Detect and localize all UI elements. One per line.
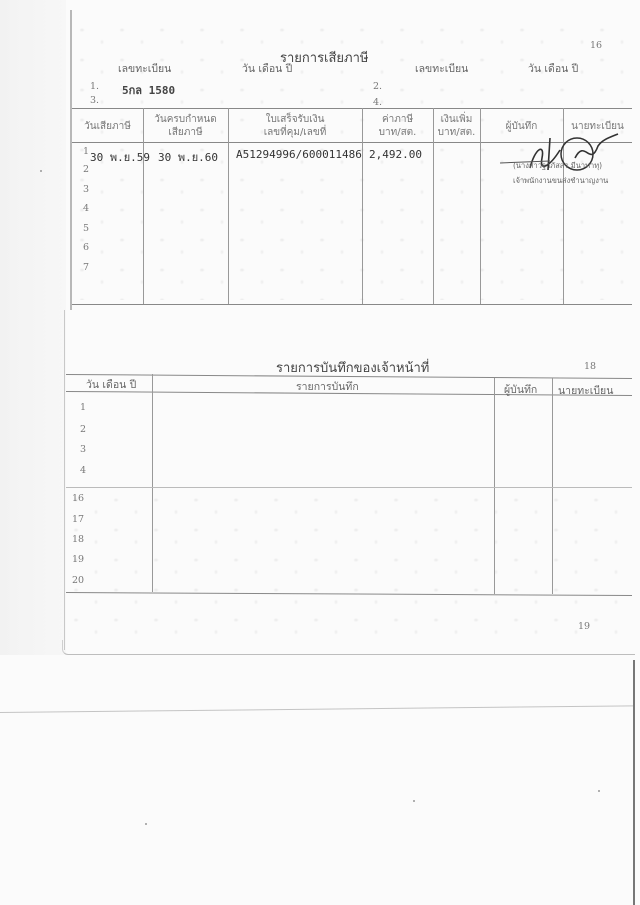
row-number: 4 <box>83 203 89 214</box>
table-border <box>72 304 632 305</box>
column-divider <box>480 108 481 304</box>
column-header: รายการบันทึก <box>296 378 359 395</box>
row-number: 4 <box>80 465 86 476</box>
row-number: 3 <box>80 444 86 455</box>
column-divider <box>152 374 153 592</box>
page-number: 16 <box>590 40 602 51</box>
plate-index: 4. <box>373 97 382 108</box>
date-header: วัน เดือน ปี <box>242 60 292 77</box>
sheet-edge <box>62 640 635 655</box>
fold-seam <box>66 487 632 488</box>
column-header: วันเสียภาษี <box>72 120 143 133</box>
receipt-number: A51294996/600011486 <box>236 148 362 161</box>
row-number: 16 <box>72 493 84 504</box>
row-number: 7 <box>83 262 89 273</box>
row-number: 1 <box>80 402 86 413</box>
registration-header: เลขทะเบียน <box>118 60 171 77</box>
column-divider <box>494 378 495 594</box>
column-header: ใบเสร็จรับเงิน เลขที่คุม/เลขที่ <box>228 113 362 139</box>
stamp-position: เจ้าพนักงานขนส่งชำนาญงาน <box>513 175 608 187</box>
column-divider <box>552 378 553 594</box>
registration-header: เลขทะเบียน <box>415 60 468 77</box>
row-number: 3 <box>83 184 89 195</box>
plate-index: 2. <box>373 81 382 92</box>
stamp-name: (นางสาวฐาภัสสร มีนาทาทุ) <box>513 160 602 172</box>
page-number: 19 <box>578 621 590 632</box>
due-date: 30 พ.ย.60 <box>158 148 218 166</box>
paid-date: 30 พ.ย.59 <box>90 148 150 166</box>
scan-shadow <box>0 0 66 655</box>
column-header: เงินเพิ่ม บาท/สต. <box>433 113 480 139</box>
scan-fold-line <box>0 705 634 713</box>
row-number: 19 <box>72 554 84 565</box>
column-header: ค่าภาษี บาท/สต. <box>362 113 433 139</box>
page-edge <box>64 310 65 650</box>
security-watermark <box>66 490 632 640</box>
row-number: 5 <box>83 223 89 234</box>
column-header: นายทะเบียน <box>558 382 613 399</box>
row-number: 20 <box>72 575 84 586</box>
plate-index: 1. <box>90 81 99 92</box>
row-number: 2 <box>80 424 86 435</box>
date-header: วัน เดือน ปี <box>528 60 578 77</box>
row-number: 6 <box>83 242 89 253</box>
row-number: 17 <box>72 514 84 525</box>
column-header: วัน เดือน ปี <box>86 376 136 393</box>
tax-amount: 2,492.00 <box>369 148 422 161</box>
table-border <box>72 108 632 109</box>
section-title: รายการเสียภาษี <box>280 47 369 68</box>
plate-registration: 5กล 1580 <box>122 81 175 99</box>
column-header: วันครบกำหนด เสียภาษี <box>143 113 228 139</box>
scan-edge <box>633 660 635 905</box>
row-number: 1 <box>83 146 89 157</box>
column-header: ผู้บันทึก <box>504 381 537 398</box>
plate-index: 3. <box>90 95 99 106</box>
row-number: 2 <box>83 164 89 175</box>
row-number: 18 <box>72 534 84 545</box>
page-number: 18 <box>584 361 596 372</box>
